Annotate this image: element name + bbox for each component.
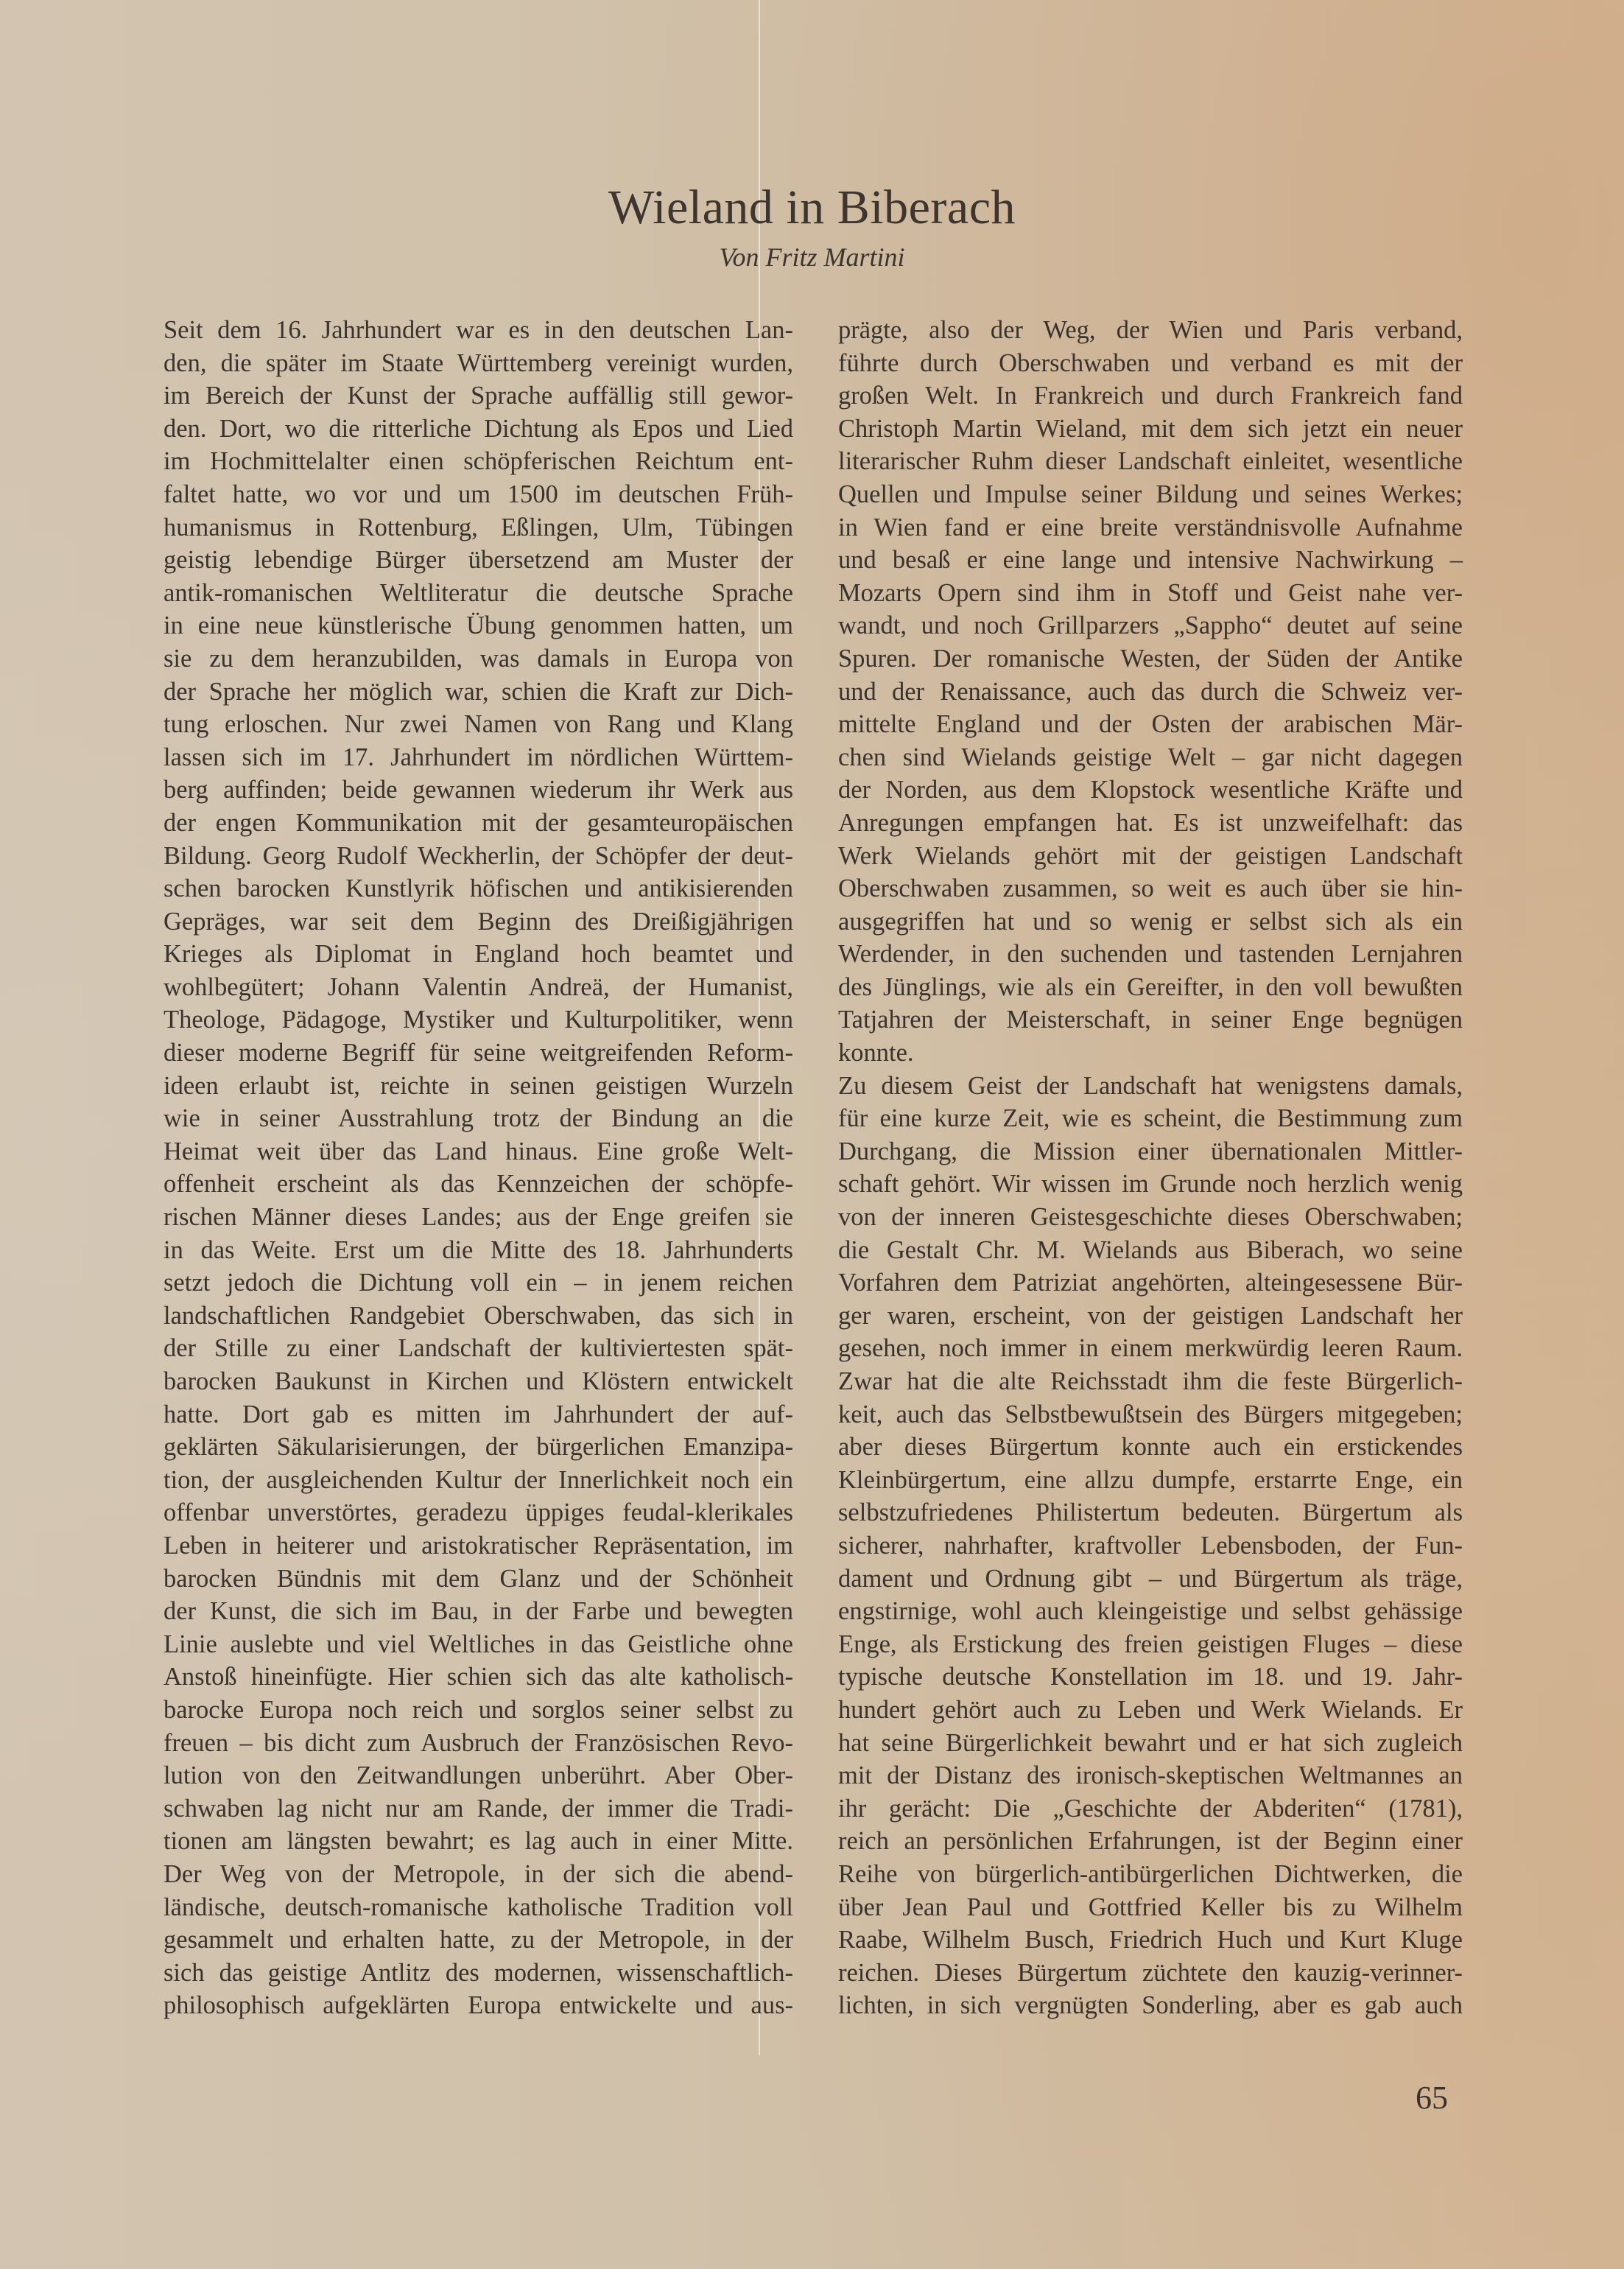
text-line: philosophisch aufgeklärten Europa entwic… [164,1989,793,2022]
text-line: humanismus in Rottenburg, Eßlingen, Ulm,… [164,511,793,544]
text-line: Tatjahren der Meisterschaft, in seiner E… [838,1003,1463,1037]
text-line: Raabe, Wilhelm Busch, Friedrich Huch und… [838,1923,1463,1957]
text-line: in Wien fand er eine breite verständnisv… [838,511,1463,544]
text-line: Theologe, Pädagoge, Mystiker und Kulturp… [164,1003,793,1037]
text-line: selbstzufriedenes Philistertum bedeuten.… [838,1496,1463,1529]
text-line: den, die später im Staate Württemberg ve… [164,347,793,380]
text-line: Krieges als Diplomat in England hoch bea… [164,938,793,971]
text-line: reich an persönlichen Erfahrungen, ist d… [838,1825,1463,1858]
text-line: von der inneren Geistesgeschichte dieses… [838,1201,1463,1234]
text-line: im Bereich der Kunst der Sprache auffäll… [164,379,793,413]
text-line: ideen erlaubt ist, reichte in seinen gei… [164,1070,793,1103]
text-line: Leben in heiterer und aristokratischer R… [164,1529,793,1563]
text-line: schen barocken Kunstlyrik höfischen und … [164,872,793,905]
text-line: den. Dort, wo die ritterliche Dichtung a… [164,413,793,446]
text-line: in eine neue künstlerische Übung genomme… [164,609,793,642]
text-line: die Gestalt Chr. M. Wielands aus Biberac… [838,1234,1463,1267]
text-line: berg auffinden; beide gewannen wiederum … [164,774,793,807]
text-line: der Kunst, die sich im Bau, in der Farbe… [164,1595,793,1628]
text-line: sich das geistige Antlitz des modernen, … [164,1957,793,1990]
document-page: Wieland in Biberach Von Fritz Martini Se… [0,0,1624,2269]
text-line: Christoph Martin Wieland, mit dem sich j… [838,413,1463,446]
text-line: faltet hatte, wo vor und um 1500 im deut… [164,478,793,511]
text-line: sie zu dem heranzubilden, was damals in … [164,642,793,676]
text-line: der Stille zu einer Landschaft der kulti… [164,1332,793,1365]
text-line: Zu diesem Geist der Landschaft hat wenig… [838,1070,1463,1103]
text-line: Durchgang, die Mission einer übernationa… [838,1135,1463,1168]
text-line: Zwar hat die alte Reichsstadt ihm die fe… [838,1365,1463,1398]
text-line: des Jünglings, wie als ein Gereifter, in… [838,971,1463,1004]
text-line: Enge, als Erstickung des freien geistige… [838,1628,1463,1661]
text-line: in das Weite. Erst um die Mitte des 18. … [164,1234,793,1267]
text-line: tung erloschen. Nur zwei Namen von Rang … [164,708,793,741]
text-line: schwaben lag nicht nur am Rande, der imm… [164,1792,793,1826]
text-line: engstirnige, wohl auch kleingeistige und… [838,1595,1463,1628]
text-line: ihr gerächt: Die „Geschichte der Abderit… [838,1792,1463,1826]
text-line: wie in seiner Ausstrahlung trotz der Bin… [164,1102,793,1135]
text-line: geistig lebendige Bürger übersetzend am … [164,544,793,577]
text-line: wandt, und noch Grillparzers „Sappho“ de… [838,609,1463,642]
text-line: Gepräges, war seit dem Beginn des Dreißi… [164,905,793,939]
text-line: chen sind Wielands geistige Welt – gar n… [838,741,1463,774]
text-line: Spuren. Der romanische Westen, der Süden… [838,642,1463,676]
text-line: offenheit erscheint als das Kennzeichen … [164,1168,793,1201]
text-line: keit, auch das Selbstbewußtsein des Bürg… [838,1398,1463,1431]
text-line: gesammelt und erhalten hatte, zu der Met… [164,1923,793,1957]
text-line: und der Renaissance, auch das durch die … [838,676,1463,709]
text-line: sicherer, nahrhafter, kraftvoller Lebens… [838,1529,1463,1563]
text-line: barocke Europa noch reich und sorglos se… [164,1694,793,1727]
text-line: mit der Distanz des ironisch-skeptischen… [838,1759,1463,1792]
text-column-right: prägte, also der Weg, der Wien und Paris… [838,314,1463,2022]
text-line: Quellen und Impulse seiner Bildung und s… [838,478,1463,511]
text-line: offenbar unverstörtes, geradezu üppiges … [164,1496,793,1529]
text-line: Anregungen empfangen hat. Es ist unzweif… [838,807,1463,840]
text-line: dieser moderne Begriff für seine weitgre… [164,1037,793,1070]
text-line: Werk Wielands gehört mit der geistigen L… [838,840,1463,873]
text-line: Bildung. Georg Rudolf Weckherlin, der Sc… [164,840,793,873]
text-line: der Norden, aus dem Klopstock wesentlich… [838,774,1463,807]
text-line: prägte, also der Weg, der Wien und Paris… [838,314,1463,347]
text-line: tion, der ausgleichenden Kultur der Inne… [164,1464,793,1497]
text-line: Reihe von bürgerlich-antibürgerlichen Di… [838,1858,1463,1891]
text-line: hundert gehört auch zu Leben und Werk Wi… [838,1694,1463,1727]
page-number: 65 [1416,2079,1448,2117]
text-line: ger waren, erscheint, von der geistigen … [838,1300,1463,1333]
text-line: Werdender, in den suchenden und tastende… [838,938,1463,971]
text-line: gesehen, noch immer in einem merkwürdig … [838,1332,1463,1365]
text-line: landschaftlichen Randgebiet Oberschwaben… [164,1300,793,1333]
text-line: hatte. Dort gab es mitten im Jahrhundert… [164,1398,793,1431]
text-line: Anstoß hineinfügte. Hier schien sich das… [164,1660,793,1694]
text-line: typische deutsche Konstellation im 18. u… [838,1660,1463,1694]
text-line: führte durch Oberschwaben und verband es… [838,347,1463,380]
text-line: schaft gehört. Wir wissen im Grunde noch… [838,1168,1463,1201]
text-line: großen Welt. In Frankreich und durch Fra… [838,379,1463,413]
text-line: wohlbegütert; Johann Valentin Andreä, de… [164,971,793,1004]
text-line: setzt jedoch die Dichtung voll ein – in … [164,1266,793,1300]
text-line: Der Weg von der Metropole, in der sich d… [164,1858,793,1891]
text-line: barocken Baukunst in Kirchen und Klöster… [164,1365,793,1398]
text-line: antik-romanischen Weltliteratur die deut… [164,577,793,610]
text-line: Heimat weit über das Land hinaus. Eine g… [164,1135,793,1168]
text-line: reichen. Dieses Bürgertum züchtete den k… [838,1957,1463,1990]
text-line: und besaß er eine lange und intensive Na… [838,544,1463,577]
text-line: mittelte England und der Osten der arabi… [838,708,1463,741]
text-line: konnte. [838,1037,1463,1070]
text-line: der Sprache her möglich war, schien die … [164,676,793,709]
text-line: der engen Kommunikation mit der gesamteu… [164,807,793,840]
text-line: geklärten Säkularisierungen, der bürgerl… [164,1431,793,1464]
text-line: Kleinbürgertum, eine allzu dumpfe, ersta… [838,1464,1463,1497]
text-line: ländische, deutsch-romanische katholisch… [164,1891,793,1924]
article-author: Von Fritz Martini [0,242,1624,273]
text-line: Linie auslebte und viel Weltliches in da… [164,1628,793,1661]
text-line: freuen – bis dicht zum Ausbruch der Fran… [164,1727,793,1760]
text-line: im Hochmittelalter einen schöpferischen … [164,445,793,478]
text-line: Vorfahren dem Patriziat angehörten, alte… [838,1266,1463,1300]
text-line: aber dieses Bürgertum konnte auch ein er… [838,1431,1463,1464]
text-line: lassen sich im 17. Jahrhundert im nördli… [164,741,793,774]
article-title: Wieland in Biberach [0,180,1624,236]
text-line: für eine kurze Zeit, wie es scheint, die… [838,1102,1463,1135]
text-line: Oberschwaben zusammen, so weit es auch ü… [838,872,1463,905]
text-line: Seit dem 16. Jahrhundert war es in den d… [164,314,793,347]
text-line: barocken Bündnis mit dem Glanz und der S… [164,1563,793,1596]
text-line: literarischer Ruhm dieser Landschaft ein… [838,445,1463,478]
text-line: dament und Ordnung gibt – und Bürgertum … [838,1563,1463,1596]
text-line: hat seine Bürgerlichkeit bewahrt und er … [838,1727,1463,1760]
text-line: rischen Männer dieses Landes; aus der En… [164,1201,793,1234]
text-line: lution von den Zeitwandlungen unberührt.… [164,1759,793,1792]
text-column-left: Seit dem 16. Jahrhundert war es in den d… [164,314,793,2022]
text-line: tionen am längsten bewahrt; es lag auch … [164,1825,793,1858]
text-line: Mozarts Opern sind ihm in Stoff und Geis… [838,577,1463,610]
text-line: ausgegriffen hat und so wenig er selbst … [838,905,1463,939]
text-line: lichten, in sich vergnügten Sonderling, … [838,1989,1463,2022]
text-line: über Jean Paul und Gottfried Keller bis … [838,1891,1463,1924]
